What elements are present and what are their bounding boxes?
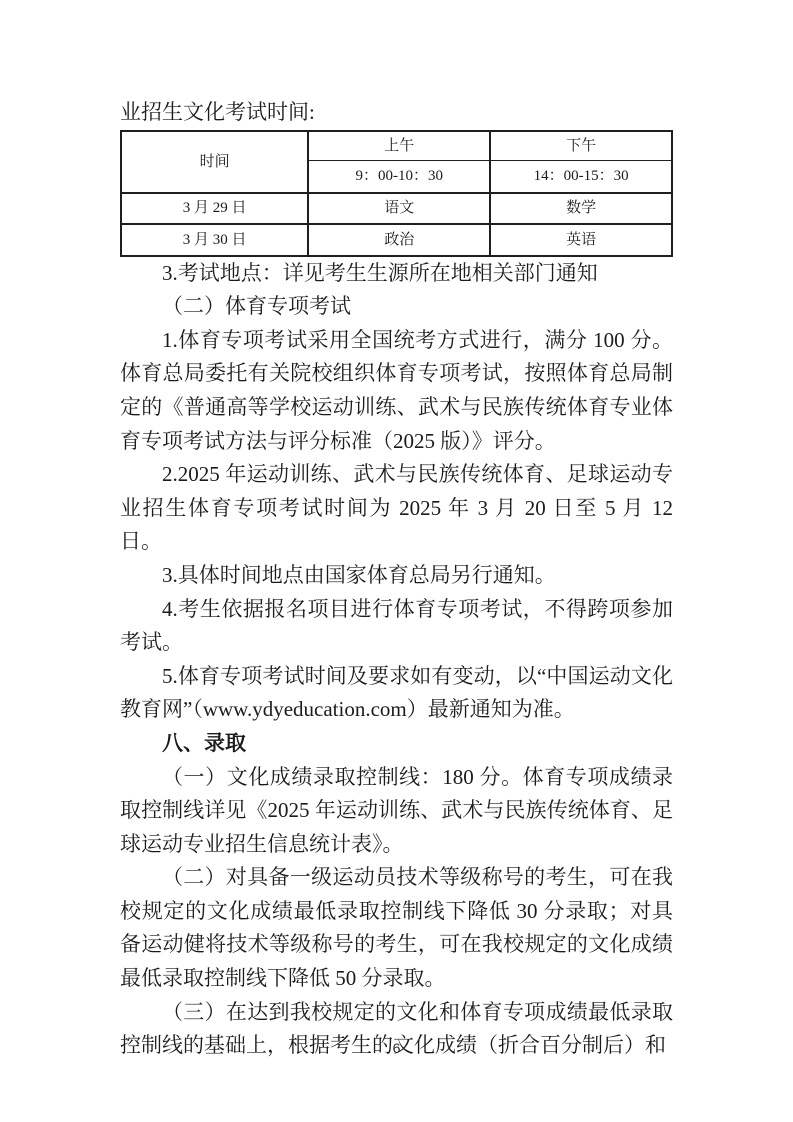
- table-cell-morning-subject: 语文: [308, 193, 490, 224]
- paragraph: （二）体育专项考试: [120, 290, 673, 324]
- paragraph: 3.考试地点：详见考生生源所在地相关部门通知: [120, 257, 673, 291]
- table-header-morning-time: 9：00-10：30: [308, 160, 490, 193]
- table-cell-afternoon-subject: 英语: [490, 224, 672, 256]
- table-row: 3 月 29 日 语文 数学: [121, 193, 672, 224]
- paragraph: （二）对具备一级运动员技术等级称号的考生，可在我校规定的文化成绩最低录取控制线下…: [120, 861, 673, 995]
- section-heading: 八、录取: [120, 727, 673, 761]
- table-cell-morning-subject: 政治: [308, 224, 490, 256]
- table-header-time: 时间: [121, 131, 308, 193]
- continuation-line: 业招生文化考试时间:: [120, 96, 673, 130]
- table-row: 3 月 30 日 政治 英语: [121, 224, 672, 256]
- paragraph: 5.体育专项考试时间及要求如有变动，以“中国运动文化教育网”（www.ydyed…: [120, 660, 673, 727]
- paragraph: 1.体育专项考试采用全国统考方式进行，满分 100 分。体育总局委托有关院校组织…: [120, 324, 673, 458]
- paragraph: 3.具体时间地点由国家体育总局另行通知。: [120, 559, 673, 593]
- table-cell-afternoon-subject: 数学: [490, 193, 672, 224]
- table-header-afternoon: 下午: [490, 131, 672, 161]
- paragraph: 4.考生依据报名项目进行体育专项考试，不得跨项参加考试。: [120, 593, 673, 660]
- table-header-row-period: 时间 上午 下午: [121, 131, 672, 161]
- table-header-morning: 上午: [308, 131, 490, 161]
- page-number: 6: [0, 1038, 793, 1058]
- paragraph: （一）文化成绩录取控制线：180 分。体育专项成绩录取控制线详见《2025 年运…: [120, 761, 673, 862]
- paragraph: 2.2025 年运动训练、武术与民族传统体育、足球运动专业招生体育专项考试时间为…: [120, 458, 673, 559]
- table-cell-date: 3 月 29 日: [121, 193, 308, 224]
- table-cell-date: 3 月 30 日: [121, 224, 308, 256]
- table-header-afternoon-time: 14：00-15：30: [490, 160, 672, 193]
- exam-schedule-table: 时间 上午 下午 9：00-10：30 14：00-15：30 3 月 29 日…: [120, 130, 673, 257]
- document-body: 业招生文化考试时间: 时间 上午 下午 9：00-10：30 14：00-15：…: [120, 96, 673, 1063]
